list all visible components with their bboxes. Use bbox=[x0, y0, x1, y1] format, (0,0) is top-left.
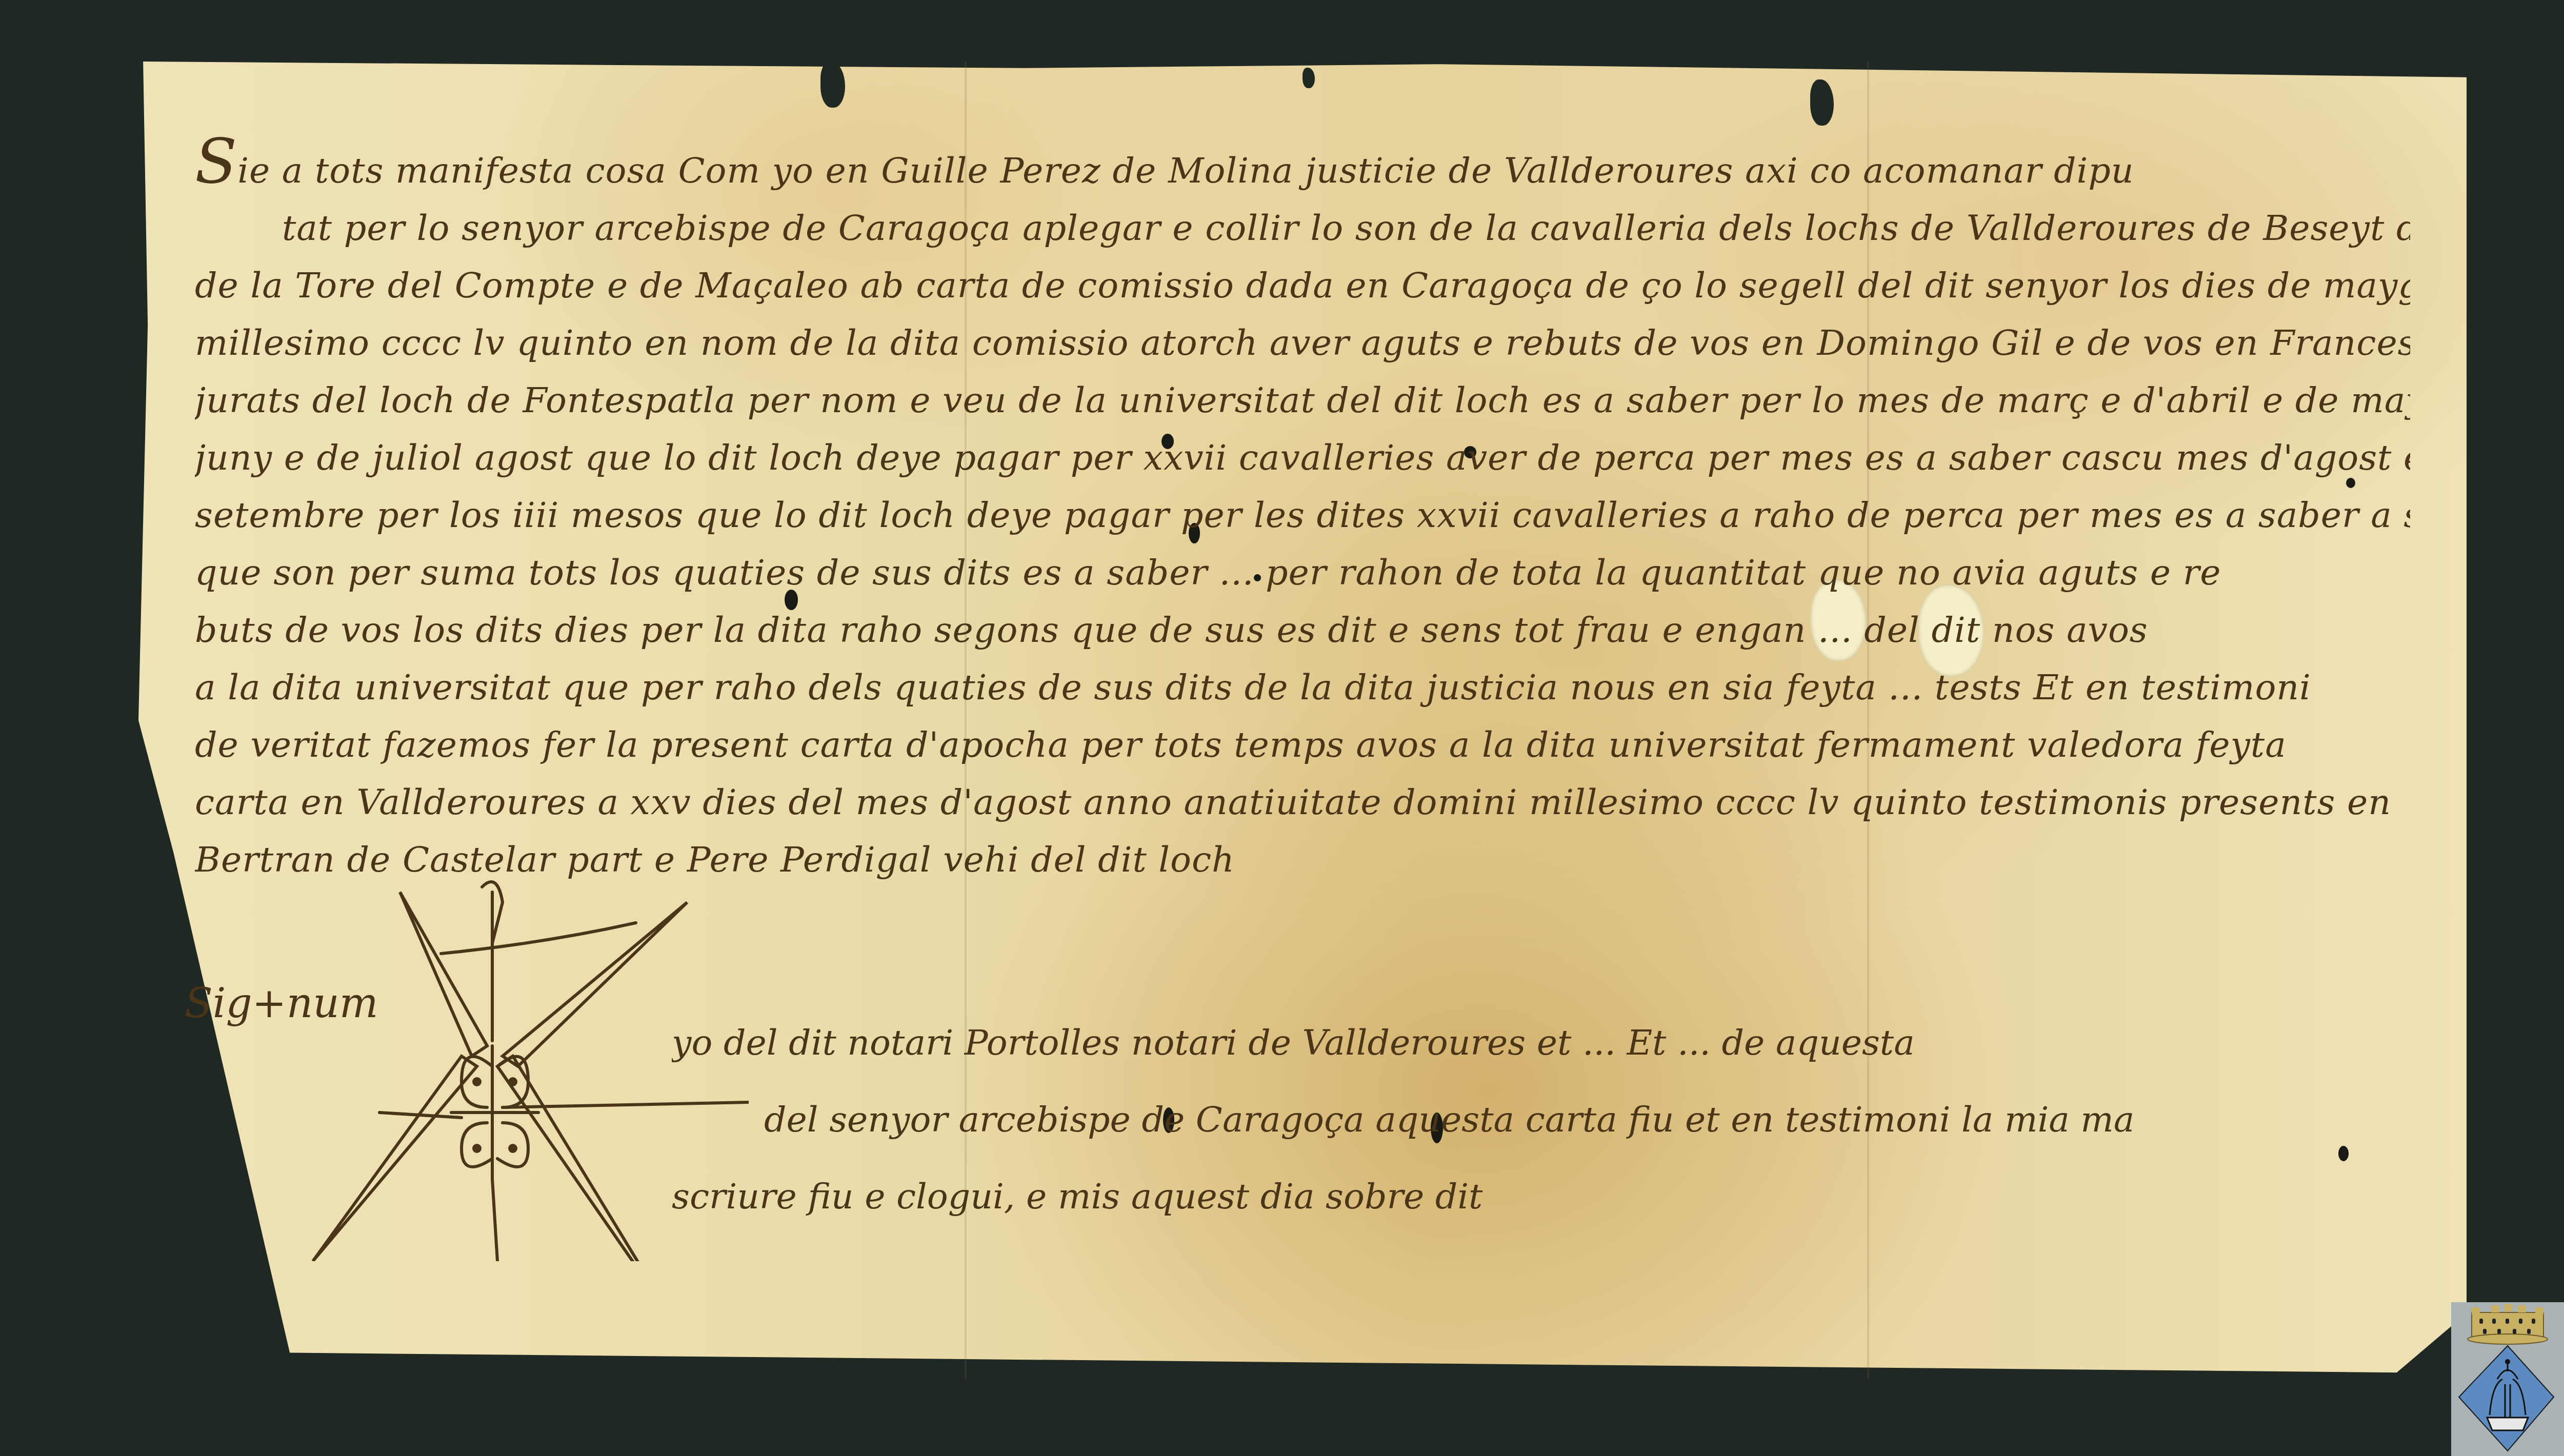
text-line: setembre per los iiii mesos que lo dit l… bbox=[195, 487, 2410, 544]
text-line: que son per suma tots los quaties de sus… bbox=[195, 544, 2410, 602]
text-line: millesimo cccc lv quinto en nom de la di… bbox=[195, 315, 2410, 372]
closing-line: yo del dit notari Portolles notari de Va… bbox=[672, 1005, 2415, 1082]
text-line: de veritat fazemos fer la present carta … bbox=[195, 717, 2410, 774]
notary-closing-text: yo del dit notari Portolles notari de Va… bbox=[672, 1005, 2415, 1236]
text-line: jurats del loch de Fontespatla per nom e… bbox=[195, 372, 2410, 430]
text-line: de la Tore del Compte e de Maçaleo ab ca… bbox=[195, 257, 2410, 315]
text-line: juny e de juliol agost que lo dit loch d… bbox=[195, 430, 2410, 487]
text-line: tat per lo senyor arcebispe de Caragoça … bbox=[195, 200, 2410, 257]
text-line: buts de vos los dits dies per la dita ra… bbox=[195, 602, 2410, 659]
closing-line: del senyor arcebispe de Caragoça aquesta… bbox=[672, 1082, 2415, 1159]
charter-text: Sie a tots manifesta cosa Com yo en Guil… bbox=[195, 133, 2410, 889]
edge-tear bbox=[1303, 68, 1315, 88]
text-line: Sie a tots manifesta cosa Com yo en Guil… bbox=[195, 133, 2410, 200]
coat-of-arms-icon bbox=[2451, 1302, 2564, 1456]
text-line: carta en Vallderoures a xxv dies del mes… bbox=[195, 774, 2410, 832]
text-line: a la dita universitat que per raho dels … bbox=[195, 659, 2410, 717]
closing-line: scriure fiu e clogui, e mis aquest dia s… bbox=[672, 1159, 2415, 1236]
municipal-coat-of-arms bbox=[2451, 1302, 2564, 1456]
notarial-signum-icon bbox=[185, 872, 749, 1261]
